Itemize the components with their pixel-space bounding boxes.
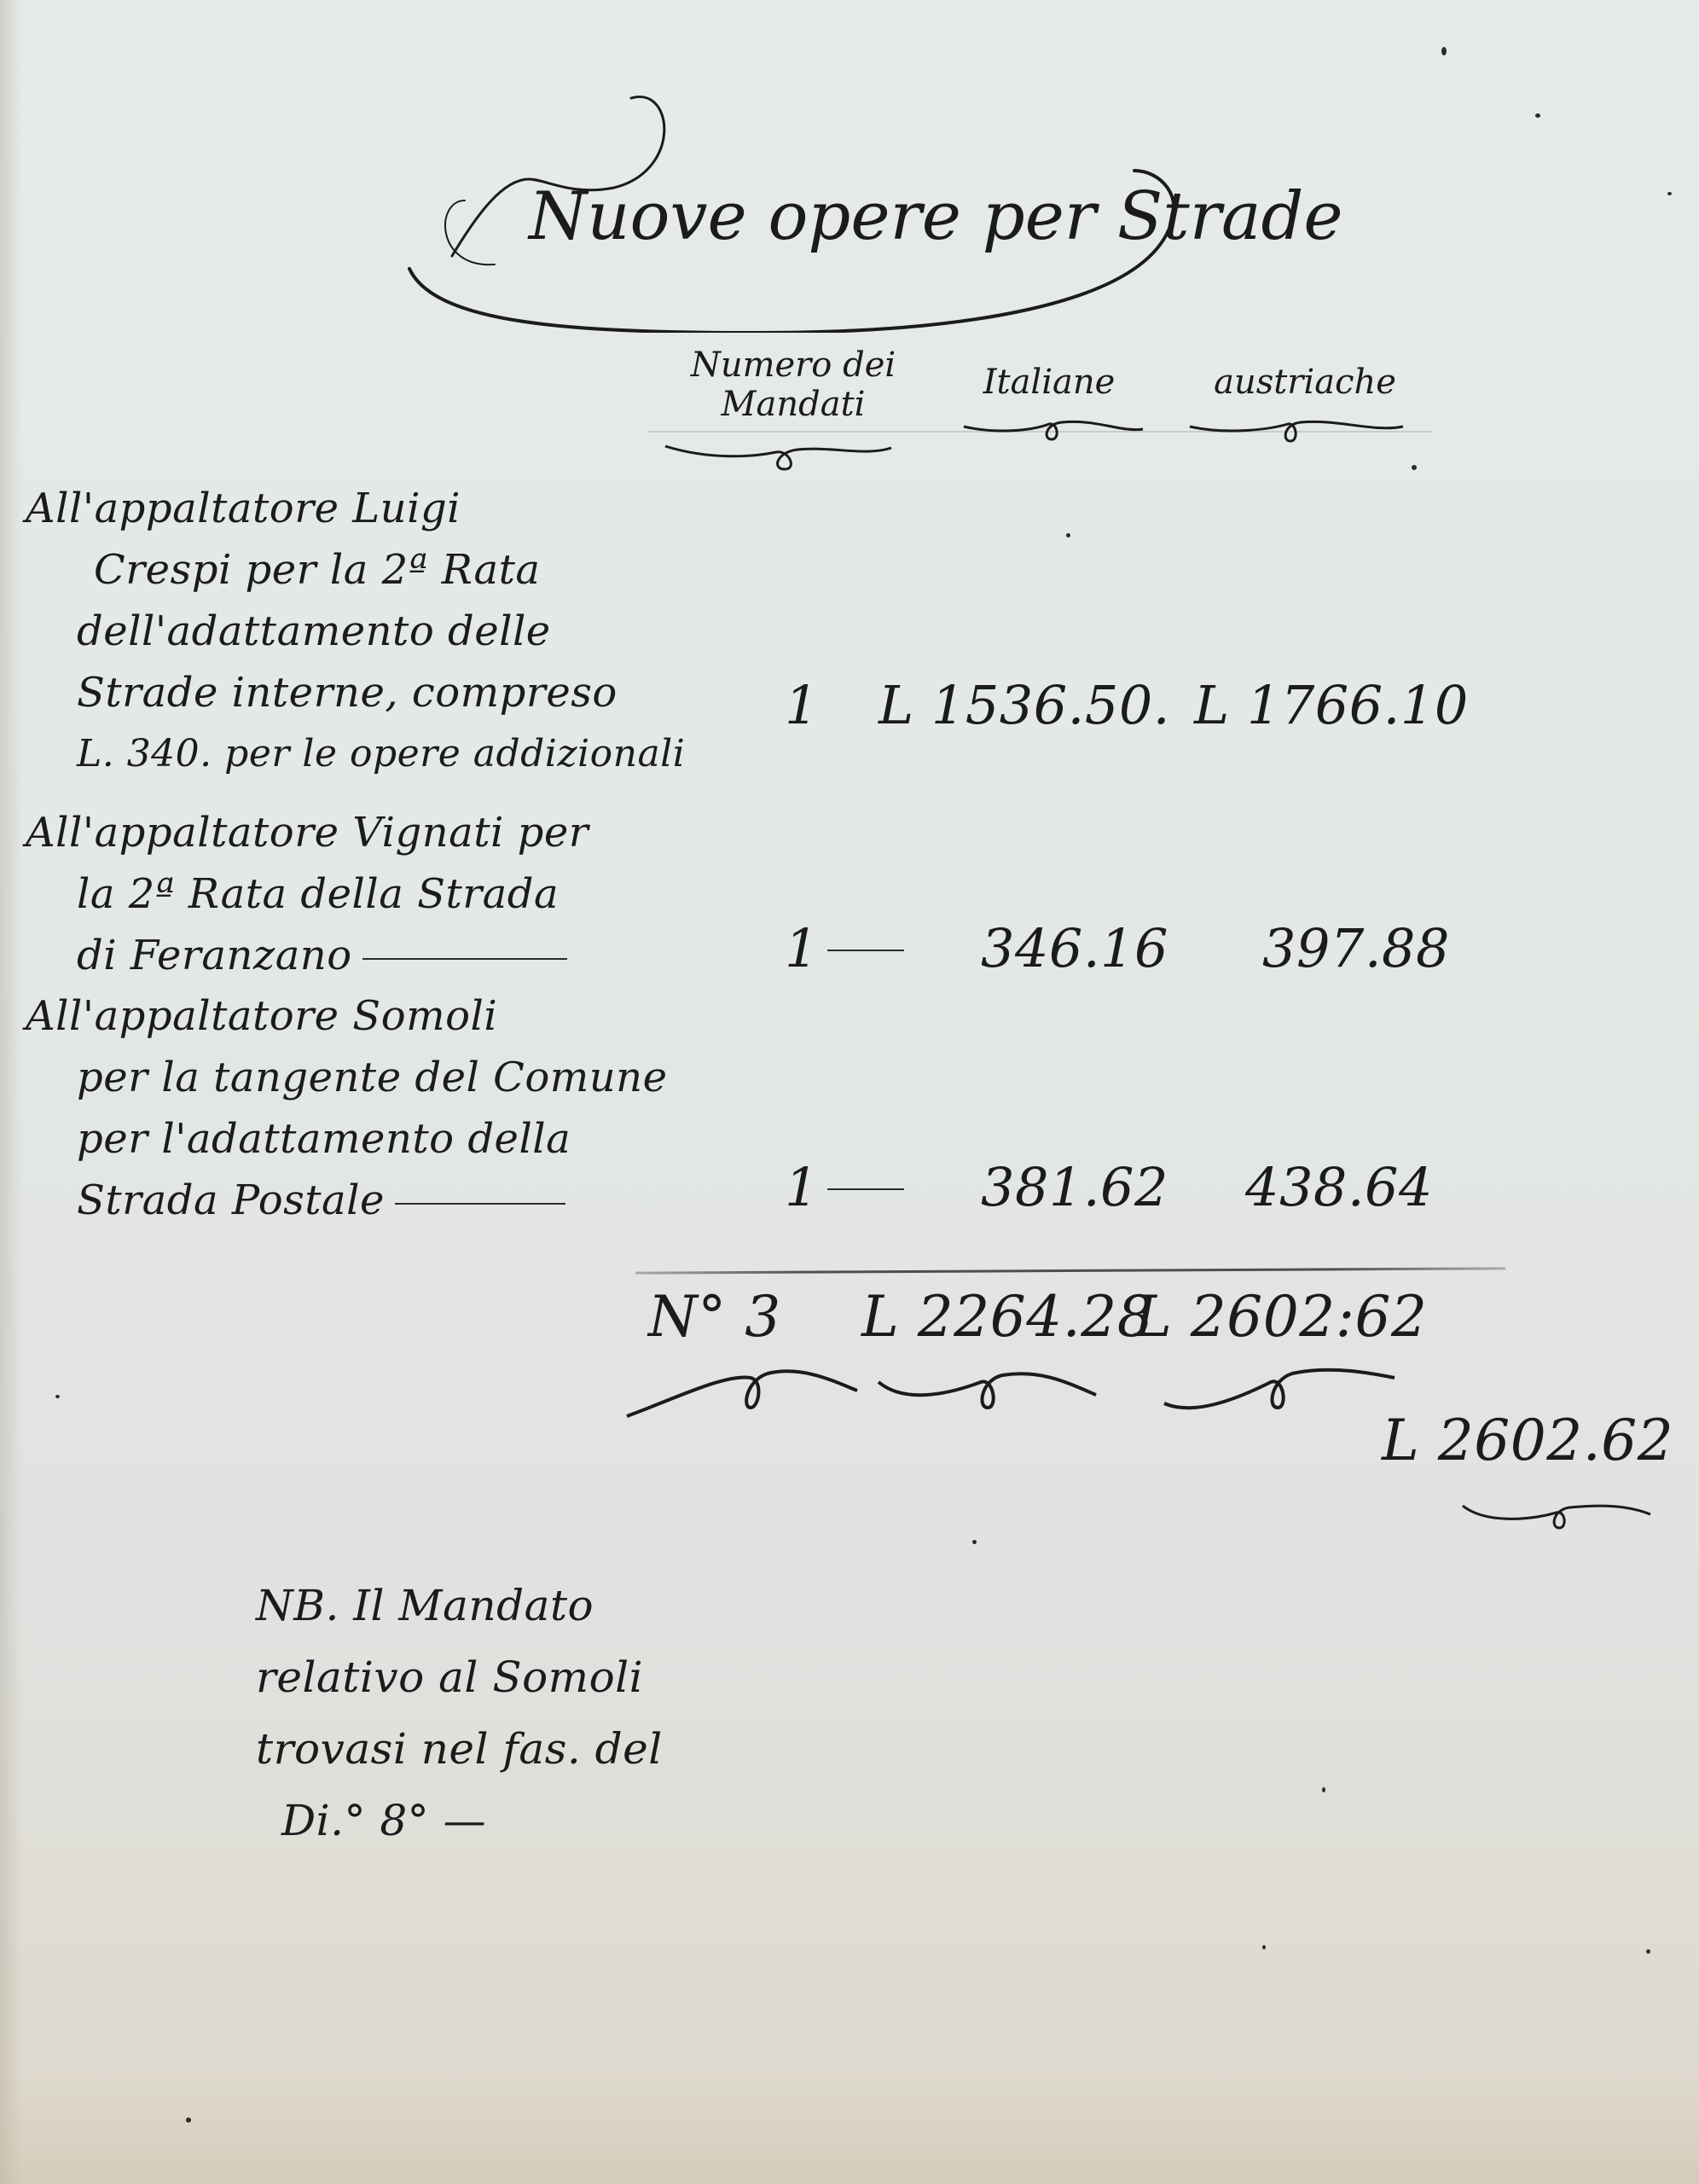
filler-dash [395,1203,565,1205]
ledger-row-1-amounts: 1 L 1536.50. L 1766.10 [751,674,1518,751]
entry-line: Crespi per la 2ª Rata [26,539,699,601]
entry-line: dell'adattamento delle [26,601,699,662]
header-swash-mandati [661,439,900,473]
totals-rule-line [635,1267,1505,1274]
entry-line-text: di Feranzano [77,932,352,979]
note-line: trovasi nel fas. del [256,1713,870,1785]
column-header-mandati: Numero dei Mandati [682,346,904,424]
column-header-italiane: Italiane [947,363,1151,402]
amount-italiane: L 1536.50. [878,674,1170,736]
ledger-row-3-amounts: 1 381.62 438.64 [751,1156,1518,1233]
column-header-mandati-line2: Mandati [682,385,904,424]
header-swash-austriache [1186,414,1407,448]
note-line: NB. Il Mandato [256,1570,870,1641]
header-swash-italiane [960,414,1147,448]
totals-swash-ornament [623,1356,1441,1425]
ditto-arrow [827,1188,904,1190]
total-italiane: L 2264.28 [861,1284,1153,1350]
amount-austriache: 438.64 [1245,1156,1433,1218]
total-austriache: L 2602:62 [1134,1284,1428,1350]
ledger-row-2-amounts: 1 346.16 397.88 [751,917,1518,994]
entry-line: per la tangente del Comune [26,1047,699,1108]
mandati-count: 1 [785,917,819,979]
note-line: Di.° 8° — [256,1785,870,1856]
mandati-count: 1 [785,1156,819,1218]
entry-line: per l'adattamento della [26,1108,699,1170]
amount-italiane: 346.16 [981,917,1168,979]
paper-bottom-stain [0,2082,1699,2184]
entry-line: la 2ª Rata della Strada [26,863,699,925]
column-header-mandati-line1: Numero dei [682,346,904,385]
entry-line-text: Strada Postale [77,1176,385,1224]
margin-note: NB. Il Mandato relativo al Somoli trovas… [256,1570,870,1856]
mandati-count: 1 [785,674,819,736]
amount-italiane: 381.62 [981,1156,1168,1218]
ledger-entry-1-description: All'appaltatore Luigi Crespi per la 2ª R… [26,478,699,785]
entry-line: All'appaltatore Somoli [26,985,699,1047]
entry-line: All'appaltatore Luigi [26,478,699,539]
ditto-arrow [827,950,904,951]
carried-total-swash [1458,1497,1655,1531]
entry-line: di Feranzano [26,925,699,986]
paper-edge-shadow [0,0,22,2184]
title-block: Nuove opere per Strade [401,51,1220,333]
filler-dash [362,958,567,960]
entry-line: Strada Postale [26,1170,699,1231]
carried-total-amount: L 2602.62 [1382,1408,1673,1473]
column-header-austriache: austriache [1186,363,1424,402]
note-line: relativo al Somoli [256,1641,870,1713]
ledger-entry-3-description: All'appaltatore Somoli per la tangente d… [26,985,699,1231]
entry-line: Strade interne, compreso [26,662,699,723]
amount-austriache: L 1766.10 [1194,674,1469,736]
entry-line: L. 340. per le opere addizionali [26,723,699,785]
total-mandati-count: N° 3 [648,1284,781,1350]
entry-line: All'appaltatore Vignati per [26,802,699,863]
document-title: Nuove opere per Strade [529,183,1343,250]
ledger-entry-2-description: All'appaltatore Vignati per la 2ª Rata d… [26,802,699,986]
amount-austriache: 397.88 [1262,917,1450,979]
